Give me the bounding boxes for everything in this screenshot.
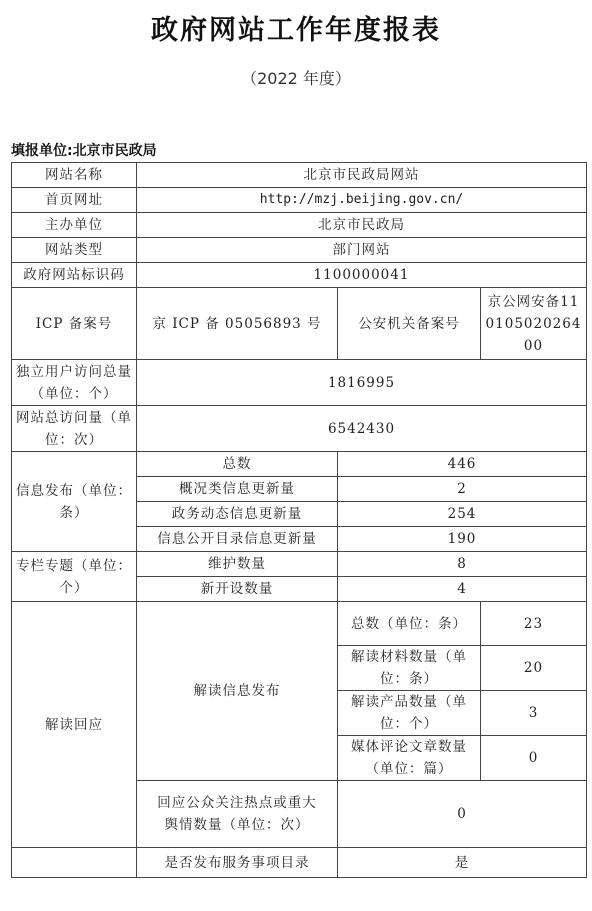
info-row-label: 总数 xyxy=(137,452,338,477)
columns-row-label: 维护数量 xyxy=(137,552,338,577)
police-record-value: 京公网安备11010502026400 xyxy=(481,288,587,360)
row-site-id: 政府网站标识码 1100000041 xyxy=(12,263,587,288)
interp-row-value: 0 xyxy=(481,736,587,781)
row-icp: ICP 备案号 京 ICP 备 05056893 号 公安机关备案号 京公网安备… xyxy=(12,288,587,360)
site-name-label: 网站名称 xyxy=(12,163,137,188)
icp-label: ICP 备案号 xyxy=(12,288,137,360)
info-row-value: 2 xyxy=(338,477,587,502)
info-row-value: 254 xyxy=(338,502,587,527)
columns-label: 专栏专题（单位：个） xyxy=(12,552,137,602)
total-visits-label: 网站总访问量（单位：次） xyxy=(12,406,137,452)
interp-row-label: 总数（单位：条） xyxy=(338,602,481,646)
service-catalog-empty xyxy=(12,848,137,878)
homepage-url[interactable]: http://mzj.beijing.gov.cn/ xyxy=(137,188,587,213)
row-homepage: 首页网址 http://mzj.beijing.gov.cn/ xyxy=(12,188,587,213)
interpretation-publish-label: 解读信息发布 xyxy=(137,602,338,781)
unique-visitors-label: 独立用户访问总量（单位：个） xyxy=(12,360,137,406)
site-id-label: 政府网站标识码 xyxy=(12,263,137,288)
unique-visitors-value: 1816995 xyxy=(137,360,587,406)
row-info-total: 信息发布（单位：条） 总数 446 xyxy=(12,452,587,477)
columns-row-label: 新开设数量 xyxy=(137,577,338,602)
service-catalog-value: 是 xyxy=(338,848,587,878)
columns-row-value: 4 xyxy=(338,577,587,602)
row-interp-total: 解读回应 解读信息发布 总数（单位：条） 23 xyxy=(12,602,587,646)
interp-row-value: 3 xyxy=(481,691,587,736)
interp-row-value: 20 xyxy=(481,646,587,691)
page-title: 政府网站工作年度报表 xyxy=(0,8,592,47)
info-publish-label: 信息发布（单位：条） xyxy=(12,452,137,552)
row-sponsor: 主办单位 北京市民政局 xyxy=(12,213,587,238)
report-year: （2022 年度） xyxy=(0,66,592,89)
sponsor-label: 主办单位 xyxy=(12,213,137,238)
hotspot-value: 0 xyxy=(338,781,587,848)
row-service-catalog: 是否发布服务事项目录 是 xyxy=(12,848,587,878)
row-total-visits: 网站总访问量（单位：次） 6542430 xyxy=(12,406,587,452)
row-unique-visitors: 独立用户访问总量（单位：个） 1816995 xyxy=(12,360,587,406)
info-row-value: 446 xyxy=(338,452,587,477)
row-site-type: 网站类型 部门网站 xyxy=(12,238,587,263)
filler-unit: 填报单位:北京市民政局 xyxy=(11,140,157,160)
homepage-label: 首页网址 xyxy=(12,188,137,213)
site-id-value: 1100000041 xyxy=(137,263,587,288)
info-row-value: 190 xyxy=(338,527,587,552)
police-record-label: 公安机关备案号 xyxy=(338,288,481,360)
columns-row-value: 8 xyxy=(338,552,587,577)
interp-row-value: 23 xyxy=(481,602,587,646)
site-name-value: 北京市民政局网站 xyxy=(137,163,587,188)
site-type-label: 网站类型 xyxy=(12,238,137,263)
site-type-value: 部门网站 xyxy=(137,238,587,263)
row-site-name: 网站名称 北京市民政局网站 xyxy=(12,163,587,188)
info-row-label: 概况类信息更新量 xyxy=(137,477,338,502)
info-row-label: 政务动态信息更新量 xyxy=(137,502,338,527)
service-catalog-label: 是否发布服务事项目录 xyxy=(137,848,338,878)
interp-row-label: 解读材料数量（单位：条） xyxy=(338,646,481,691)
hotspot-label: 回应公众关注热点或重大舆情数量（单位：次） xyxy=(137,781,338,848)
total-visits-value: 6542430 xyxy=(137,406,587,452)
info-row-label: 信息公开目录信息更新量 xyxy=(137,527,338,552)
icp-value: 京 ICP 备 05056893 号 xyxy=(137,288,338,360)
interpretation-label: 解读回应 xyxy=(12,602,137,848)
report-table: 网站名称 北京市民政局网站 首页网址 http://mzj.beijing.go… xyxy=(11,162,587,878)
interp-row-label: 媒体评论文章数量（单位：篇） xyxy=(338,736,481,781)
interp-row-label: 解读产品数量（单位：个） xyxy=(338,691,481,736)
row-columns-maintained: 专栏专题（单位：个） 维护数量 8 xyxy=(12,552,587,577)
sponsor-value: 北京市民政局 xyxy=(137,213,587,238)
